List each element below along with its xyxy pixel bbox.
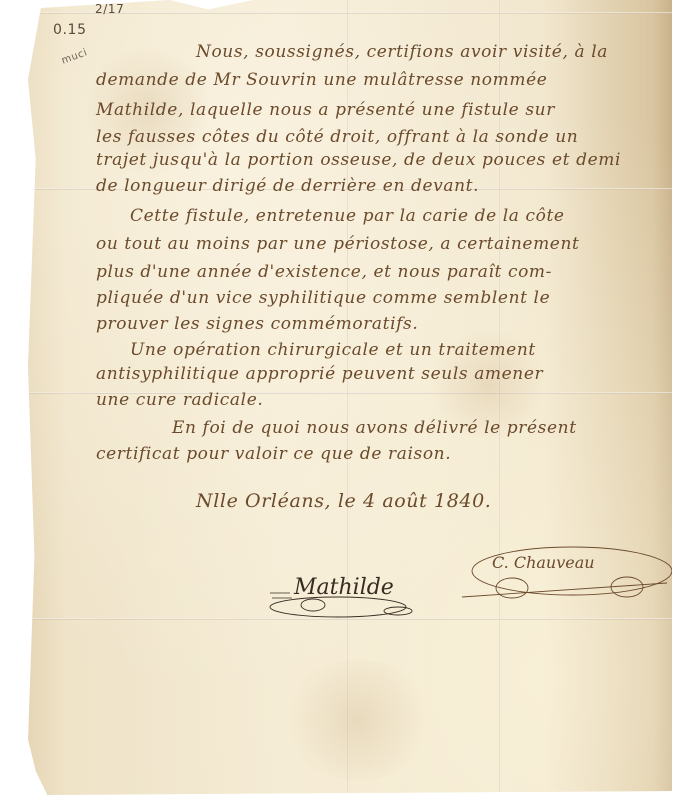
body-line: antisyphilitique approprié peuvent seuls…	[96, 364, 543, 384]
body-line: plus d'une année d'existence, et nous pa…	[96, 262, 552, 282]
body-line: ou tout au moins par une périostose, a c…	[96, 234, 579, 254]
body-line: de longueur dirigé de derrière en devant…	[96, 176, 479, 196]
margin-top-note: 2/17	[95, 2, 124, 16]
dateline: Nlle Orléans, le 4 août 1840.	[196, 490, 491, 512]
body-line: Une opération chirurgicale et un traitem…	[130, 340, 536, 360]
body-line: pliquée d'un vice syphilitique comme sem…	[96, 288, 550, 308]
signature-right-text: C. Chauveau	[492, 553, 595, 572]
body-line: En foi de quoi nous avons délivré le pré…	[172, 418, 577, 438]
paper-stain	[278, 660, 438, 780]
body-line: les fausses côtes du côté droit, offrant…	[96, 127, 578, 147]
fold-line	[28, 12, 672, 14]
body-line-text: Nous, soussignés, certifions avoir visit…	[196, 42, 608, 62]
signature-left: Mathilde	[268, 565, 438, 625]
body-line: Nous, soussignés, certifions avoir visit…	[196, 38, 608, 62]
margin-number: 0.15	[53, 22, 87, 38]
body-line: une cure radicale.	[96, 390, 263, 410]
signature-right: C. Chauveau	[462, 545, 672, 605]
signature-left-text: Mathilde	[294, 575, 394, 600]
body-line: trajet jusqu'à la portion osseuse, de de…	[96, 150, 621, 170]
body-line: demande de Mr Souvrin une mulâtresse nom…	[96, 70, 547, 90]
body-line: certificat pour valoir ce que de raison.	[96, 444, 451, 464]
body-line: Mathilde, laquelle nous a présenté une f…	[96, 100, 555, 120]
body-line: prouver les signes commémoratifs.	[96, 314, 418, 334]
body-line: Cette fistule, entretenue par la carie d…	[130, 206, 565, 226]
